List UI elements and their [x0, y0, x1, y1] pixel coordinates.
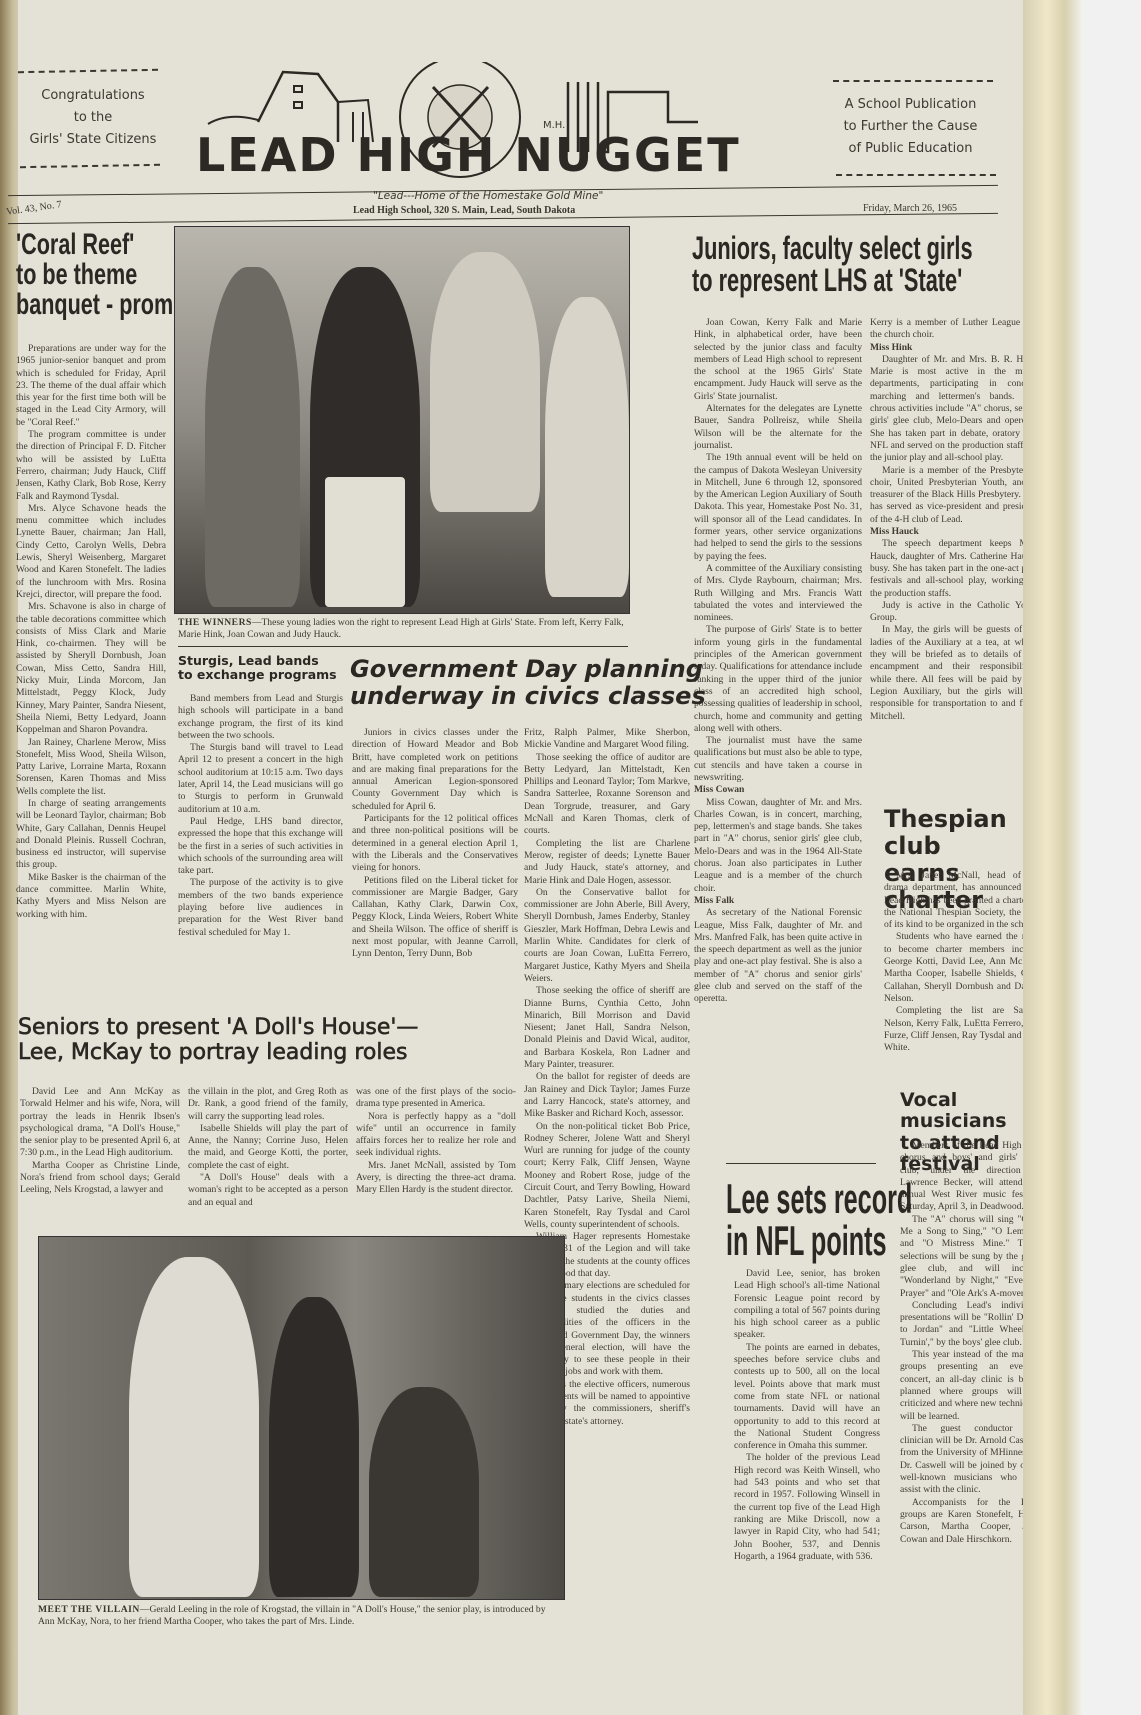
paragraph: David Lee, senior, has broken Lead High …: [734, 1268, 880, 1342]
article-body: David Lee, senior, has broken Lead High …: [734, 1268, 880, 1563]
paragraph: Martha Cooper as Christine Linde, Nora's…: [20, 1160, 180, 1197]
paragraph: The program committee is under the direc…: [16, 429, 166, 503]
paragraph: The speech department keeps Miss Hauck, …: [870, 538, 1038, 599]
paragraph: The guest conductor and clinician will b…: [900, 1423, 1040, 1497]
ear-divider: [833, 80, 993, 82]
paragraph: On the ballot for register of deeds are …: [524, 1071, 690, 1120]
headline: Government Day planning underway in civi…: [350, 656, 706, 710]
ear-divider: [18, 69, 158, 73]
headline: 'Coral Reef' to be theme banquet - prom: [16, 230, 124, 320]
headline: Sturgis, Lead bands to exchange programs: [178, 654, 337, 682]
headline-line: Juniors, faculty select girls: [692, 232, 973, 264]
ear-divider: [836, 174, 996, 176]
headline: Lee sets record in NFL points: [726, 1178, 912, 1262]
headline-line: Vocal musicians: [900, 1090, 1023, 1133]
headline-line: Government Day planning: [350, 656, 706, 683]
paragraph: Miss Cowan, daughter of Mr. and Mrs. Cha…: [694, 797, 862, 895]
paragraph: Mrs. Janet McNall, assisted by Tom Avery…: [356, 1160, 516, 1197]
paragraph: Members of the Lead High "A" chorus and …: [900, 1140, 1040, 1214]
winners-caption: THE WINNERS—These young ladies won the r…: [178, 617, 638, 641]
headline-line: Seniors to present 'A Doll's House'—: [18, 1016, 418, 1041]
headline-line: in NFL points: [726, 1220, 912, 1262]
paragraph: The "A" chorus will sing "Give Me a Song…: [900, 1214, 1040, 1300]
article-body: Members of the Lead High "A" chorus and …: [900, 1140, 1040, 1546]
paragraph: On the Conservative ballot for commissio…: [524, 887, 690, 985]
left-ear: Congratulations to the Girls' State Citi…: [18, 85, 168, 151]
article-body: was one of the first plays of the socio-…: [356, 1086, 516, 1197]
headline-line: banquet - prom: [16, 290, 124, 320]
headline: Juniors, faculty select girls to represe…: [692, 232, 973, 296]
headline: Seniors to present 'A Doll's House'— Lee…: [18, 1016, 418, 1065]
paragraph: Fritz, Ralph Palmer, Mike Sherbon, Micki…: [524, 727, 690, 752]
ear-line: Congratulations: [18, 85, 168, 107]
winners-photo: [174, 226, 630, 614]
paragraph: Isabelle Shields will play the part of A…: [188, 1123, 348, 1172]
ear-line: A School Publication: [823, 94, 998, 116]
paragraph: the villain in the plot, and Greg Roth a…: [188, 1086, 348, 1123]
article-body: Preparations are under way for the 1965 …: [16, 343, 166, 921]
headline-line: Thespian club: [884, 806, 1023, 860]
paragraph: was one of the first plays of the socio-…: [356, 1086, 516, 1111]
paragraph: Preparations are under way for the 1965 …: [16, 343, 166, 429]
paragraph: The purpose of Girls' State is to better…: [694, 624, 862, 735]
article-body: the villain in the plot, and Greg Roth a…: [188, 1086, 348, 1209]
paragraph: Daughter of Mr. and Mrs. B. R. Hink, Mar…: [870, 354, 1038, 465]
section-rule: [178, 646, 628, 647]
newspaper-page: Congratulations to the Girls' State Citi…: [18, 0, 1023, 1715]
paragraph: Those seeking the office of sheriff are …: [524, 985, 690, 1071]
villain-caption: MEET THE VILLAIN—Gerald Leeling in the r…: [38, 1604, 553, 1628]
paragraph: Marie is a member of the Presbyterian ch…: [870, 465, 1038, 526]
right-ear: A School Publication to Further the Caus…: [823, 94, 998, 160]
paragraph: The Sturgis band will travel to Lead Apr…: [178, 742, 343, 816]
article-body: David Lee and Ann McKay as Torwald Helme…: [20, 1086, 180, 1197]
article-body: Kerry is a member of Luther League and t…: [870, 317, 1038, 723]
paragraph: The purpose of the activity is to give m…: [178, 877, 343, 938]
newspaper-title: LEAD HIGH NUGGET: [196, 128, 741, 182]
paragraph: As secretary of the National Forensic Le…: [694, 907, 862, 1005]
paragraph: In May, the girls will be guests of the …: [870, 624, 1038, 722]
paragraph: The points are earned in debates, speech…: [734, 1342, 880, 1453]
ear-line: of Public Education: [823, 138, 998, 160]
paragraph: Mrs. Schavone is also in charge of the t…: [16, 601, 166, 736]
headline-line: 'Coral Reef': [16, 230, 124, 260]
paragraph: Joan Cowan, Kerry Falk and Marie Hink, i…: [694, 317, 862, 403]
paragraph: Completing the list are Charlene Merow, …: [524, 838, 690, 887]
paragraph: Participants for the 12 political office…: [352, 813, 518, 874]
paragraph: Those seeking the office of auditor are …: [524, 752, 690, 838]
subhead: Miss Hauck: [870, 526, 1038, 538]
paragraph: Mrs. Alyce Schavone heads the menu commi…: [16, 503, 166, 601]
article-body: Band members from Lead and Sturgis high …: [178, 693, 343, 939]
paragraph: Students who have earned the right to be…: [884, 931, 1040, 1005]
background: [1083, 0, 1141, 1715]
paragraph: Jan Rainey, Charlene Merow, Miss Stonefe…: [16, 737, 166, 798]
ear-line: to Further the Cause: [823, 116, 998, 138]
paragraph: Mrs. Janet McNall, head of the drama dep…: [884, 870, 1040, 931]
caption-lead: THE WINNERS: [178, 617, 252, 628]
page-edge: [1023, 0, 1083, 1715]
paragraph: David Lee and Ann McKay as Torwald Helme…: [20, 1086, 180, 1160]
paragraph: A committee of the Auxiliary consisting …: [694, 563, 862, 624]
paragraph: Concluding Lead's individual presentatio…: [900, 1300, 1040, 1349]
paragraph: On the non-political ticket Bob Price, R…: [524, 1121, 690, 1232]
paragraph: "A Doll's House" deals with a woman's ri…: [188, 1172, 348, 1209]
headline-line: to represent LHS at 'State': [692, 264, 973, 296]
paragraph: In charge of seating arrangements will b…: [16, 798, 166, 872]
caption-lead: MEET THE VILLAIN: [38, 1604, 140, 1615]
paragraph: Juniors in civics classes under the dire…: [352, 727, 518, 813]
issue-date: Friday, March 26, 1965: [863, 203, 957, 214]
subhead: Miss Falk: [694, 895, 862, 907]
headline-line: to exchange programs: [178, 668, 337, 682]
article-body: Joan Cowan, Kerry Falk and Marie Hink, i…: [694, 317, 862, 1006]
ear-line: Girls' State Citizens: [18, 129, 168, 151]
paragraph: Mike Basker is the chairman of the dance…: [16, 872, 166, 921]
subhead: Miss Hink: [870, 342, 1038, 354]
paragraph: Completing the list are Sandra Nelson, K…: [884, 1005, 1040, 1054]
article-body: Juniors in civics classes under the dire…: [352, 727, 518, 961]
subhead: Miss Cowan: [694, 784, 862, 796]
article-body: Mrs. Janet McNall, head of the drama dep…: [884, 870, 1040, 1054]
headline-line: Lee sets record: [726, 1178, 912, 1220]
article-coral-reef: 'Coral Reef' to be theme banquet - prom: [16, 230, 166, 320]
section-rule: [726, 1163, 876, 1164]
paragraph: The holder of the previous Lead High rec…: [734, 1452, 880, 1563]
headline-line: underway in civics classes: [350, 683, 706, 710]
paragraph: Nora is perfectly happy as a "doll wife"…: [356, 1111, 516, 1160]
headline-line: Sturgis, Lead bands: [178, 654, 337, 668]
paragraph: Petitions filed on the Liberal ticket fo…: [352, 875, 518, 961]
villain-photo: [38, 1236, 565, 1600]
paragraph: Judy is active in the Catholic Youth Gro…: [870, 600, 1038, 625]
school-address: Lead High School, 320 S. Main, Lead, Sou…: [353, 205, 575, 216]
ear-divider: [20, 164, 160, 168]
paragraph: Accompanists for the Lead groups are Kar…: [900, 1497, 1040, 1546]
headline-line: to be theme: [16, 260, 124, 290]
ear-line: to the: [18, 107, 168, 129]
headline-line: Lee, McKay to portray leading roles: [18, 1041, 418, 1066]
paragraph: Band members from Lead and Sturgis high …: [178, 693, 343, 742]
paragraph: The 19th annual event will be held on th…: [694, 452, 862, 563]
paragraph: Alternates for the delegates are Lynette…: [694, 403, 862, 452]
paragraph: Paul Hedge, LHS band director, expressed…: [178, 816, 343, 877]
paragraph: Kerry is a member of Luther League and t…: [870, 317, 1038, 342]
paragraph: The journalist must have the same qualif…: [694, 735, 862, 784]
paragraph: This year instead of the massed groups p…: [900, 1349, 1040, 1423]
